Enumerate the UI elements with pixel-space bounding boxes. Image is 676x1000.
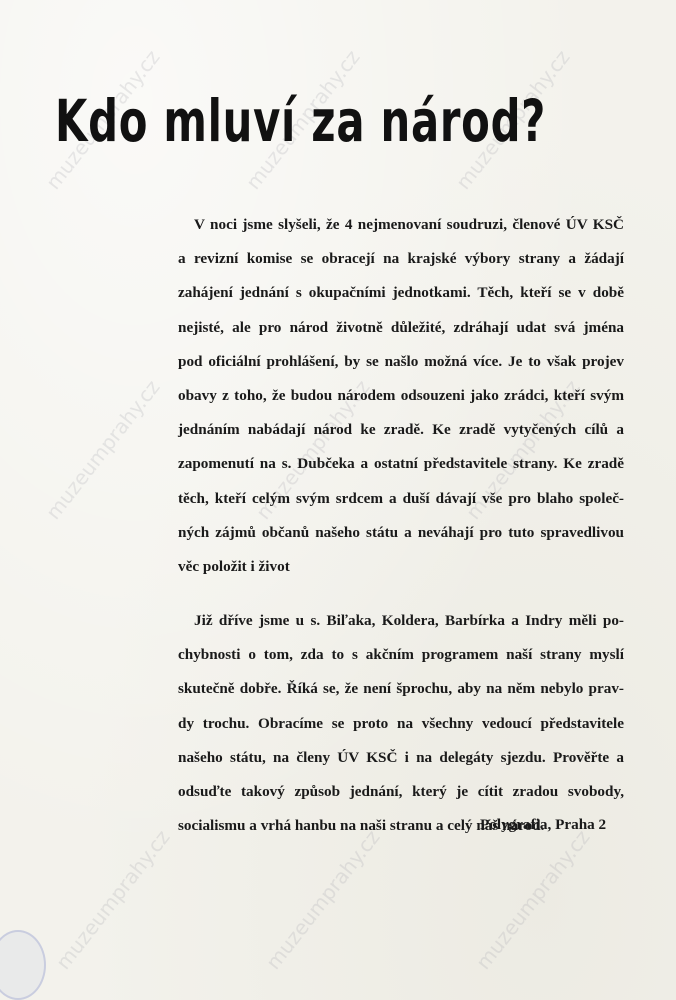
text-line: ných zájmů občanů našeho státu a neváhaj… [178, 516, 624, 550]
paragraph-1: V noci jsme slyšeli, že 4 nejmenovaní so… [178, 208, 624, 584]
text-line: obavy z toho, že budou národem odsouzeni… [178, 379, 624, 413]
text-line: našeho státu, na členy ÚV KSČ i na deleg… [178, 741, 624, 775]
text-line: jednáním nabádají národ ke zradě. Ke zra… [178, 413, 624, 447]
text-line: těch, kteří celým svým srdcem a duší dáv… [178, 482, 624, 516]
paragraph-2: Již dříve jsme u s. Biľaka, Koldera, Bar… [178, 604, 624, 843]
text-line: dy trochu. Obracíme se proto na všechny … [178, 707, 624, 741]
document-body: V noci jsme slyšeli, že 4 nejmenovaní so… [178, 208, 624, 843]
document-title: Kdo mluví za národ? [55, 92, 546, 150]
text-line: zahájení jednání s okupačními jednotkami… [178, 276, 624, 310]
text-line: nejisté, ale pro národ životně důležité,… [178, 311, 624, 345]
text-line: pod oficiální prohlášení, by se našlo mo… [178, 345, 624, 379]
text-line: V noci jsme slyšeli, že 4 nejmenovaní so… [178, 208, 624, 242]
signature: Polygrafia, Praha 2 [480, 816, 606, 834]
text-line: skutečně dobře. Říká se, že není šprochu… [178, 672, 624, 706]
text-line: chybnosti o tom, zda to s akčním program… [178, 638, 624, 672]
text-line: zapomenutí na s. Dubčeka a ostatní předs… [178, 447, 624, 481]
text-line: a revizní komise se obracejí na krajské … [178, 242, 624, 276]
text-line: odsuďte takový způsob jednání, který je … [178, 775, 624, 809]
text-line: věc položit i život [178, 550, 624, 584]
text-line: Již dříve jsme u s. Biľaka, Koldera, Bar… [178, 604, 624, 638]
